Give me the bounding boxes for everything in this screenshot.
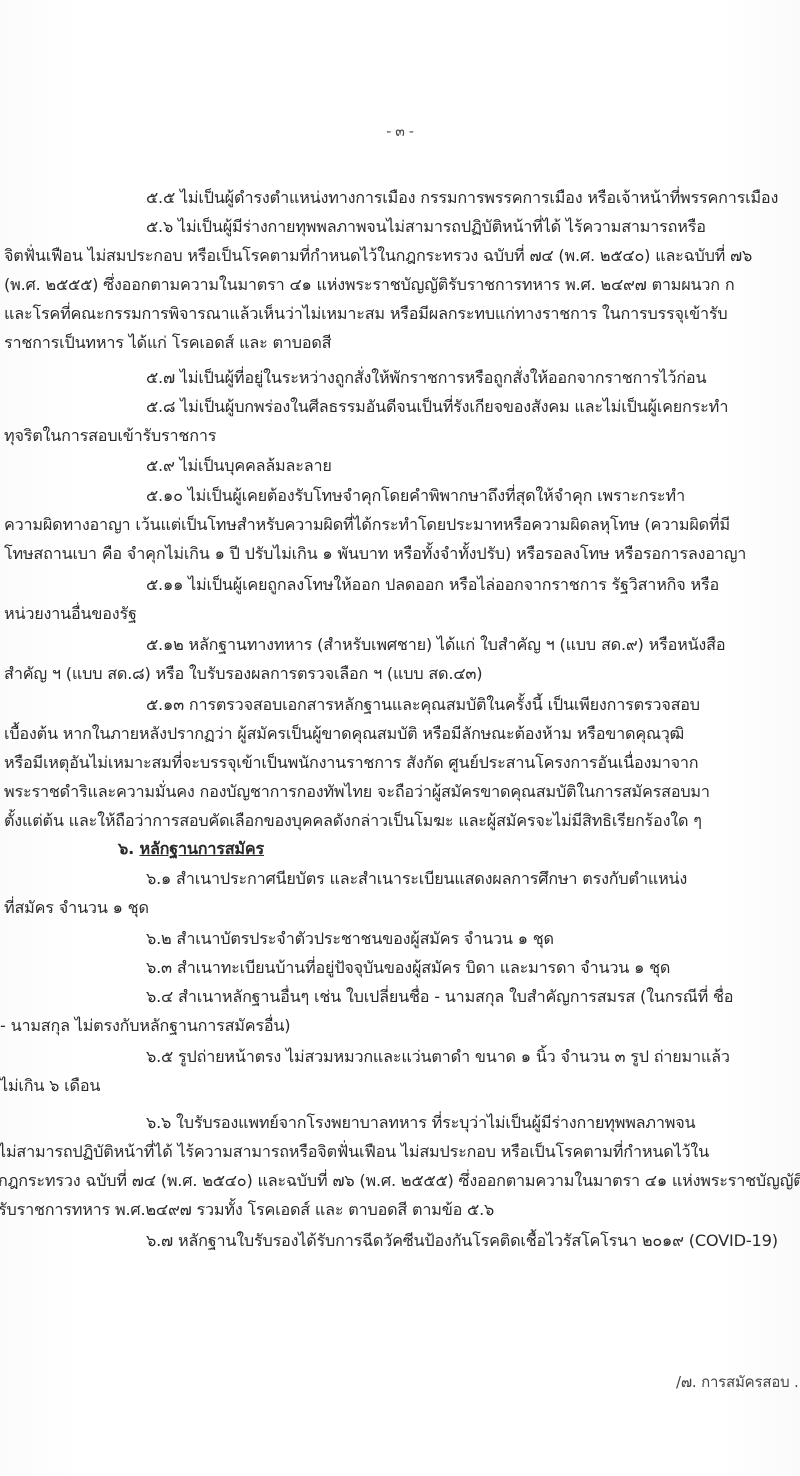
- item-6-3: ๖.๓ สำเนาทะเบียนบ้านที่อยู่ปัจจุบันของผู…: [146, 957, 670, 981]
- item-5-11-cont: หน่วยงานอื่นของรัฐ: [4, 603, 137, 627]
- document-page: - ๓ - ๕.๕ ไม่เป็นผู้ดำรงตำแหน่งทางการเมื…: [0, 0, 800, 1476]
- item-6-6: ๖.๖ ใบรับรองแพทย์จากโรงพยาบาลทหาร ที่ระบ…: [146, 1112, 695, 1136]
- item-5-8-cont: ทุจริตในการสอบเข้ารับราชการ: [4, 425, 216, 449]
- page-number: - ๓ -: [0, 121, 800, 143]
- item-6-5: ๖.๕ รูปถ่ายหน้าตรง ไม่สวมหมวกและแว่นตาดำ…: [146, 1046, 730, 1070]
- item-5-13-cont: หรือมีเหตุอันไม่เหมาะสมที่จะบรรจุเข้าเป็…: [4, 752, 698, 776]
- item-5-13: ๕.๑๓ การตรวจสอบเอกสารหลักฐานและคุณสมบัติ…: [146, 694, 700, 718]
- item-6-4: ๖.๔ สำเนาหลักฐานอื่นๆ เช่น ใบเปลี่ยนชื่อ…: [146, 986, 733, 1010]
- section-6-number: ๖.: [118, 839, 134, 858]
- next-page-hint: /๗. การสมัครสอบ ...: [676, 1370, 800, 1394]
- item-5-12: ๕.๑๒ หลักฐานทางทหาร (สำหรับเพศชาย) ได้แก…: [146, 634, 725, 658]
- item-6-6-cont: กฎกระทรวง ฉบับที่ ๗๔ (พ.ศ. ๒๕๔๐) และฉบับ…: [0, 1170, 800, 1194]
- item-6-6-cont: รับราชการทหาร พ.ศ.๒๔๙๗ รวมทั้ง โรคเอดส์ …: [0, 1199, 494, 1223]
- item-5-6-cont: ราชการเป็นทหาร ได้แก่ โรคเอดส์ และ ตาบอด…: [4, 332, 331, 356]
- item-6-5-cont: ไม่เกิน ๖ เดือน: [0, 1075, 100, 1099]
- item-6-1: ๖.๑ สำเนาประกาศนียบัตร และสำเนาระเบียนแส…: [146, 868, 687, 892]
- item-5-13-cont: เบื้องต้น หากในภายหลังปรากฏว่า ผู้สมัครเ…: [4, 723, 684, 747]
- item-5-10: ๕.๑๐ ไม่เป็นผู้เคยต้องรับโทษจำคุกโดยคำพิ…: [146, 485, 685, 509]
- item-5-6-cont: (พ.ศ. ๒๕๕๕) ซึ่งออกตามความในมาตรา ๔๑ แห่…: [4, 274, 734, 298]
- item-6-7: ๖.๗ หลักฐานใบรับรองได้รับการฉีดวัคซีนป้อ…: [146, 1230, 778, 1254]
- item-5-9: ๕.๙ ไม่เป็นบุคคลล้มละลาย: [146, 455, 332, 479]
- item-5-7: ๕.๗ ไม่เป็นผู้ที่อยู่ในระหว่างถูกสั่งให้…: [146, 367, 706, 391]
- item-5-6-cont: และโรคที่คณะกรรมการพิจารณาแล้วเห็นว่าไม่…: [4, 303, 728, 327]
- item-6-6-cont: ไม่สามารถปฏิบัติหน้าที่ได้ ไร้ความสามารถ…: [0, 1141, 709, 1165]
- item-5-6-cont: จิตฟั่นเฟือน ไม่สมประกอบ หรือเป็นโรคตามท…: [4, 245, 752, 269]
- item-6-4-cont: - นามสกุล ไม่ตรงกับหลักฐานการสมัครอื่น): [0, 1015, 290, 1039]
- item-5-13-cont: พระราชดำริและความมั่นคง กองบัญชาการกองทั…: [4, 781, 710, 805]
- item-5-6: ๕.๖ ไม่เป็นผู้มีร่างกายทุพพลภาพจนไม่สามา…: [146, 216, 706, 240]
- section-6-title: หลักฐานการสมัคร: [139, 839, 264, 858]
- item-5-11: ๕.๑๑ ไม่เป็นผู้เคยถูกลงโทษให้ออก ปลดออก …: [146, 574, 719, 598]
- item-6-1-cont: ที่สมัคร จำนวน ๑ ชุด: [4, 897, 149, 921]
- item-6-2: ๖.๒ สำเนาบัตรประจำตัวประชาชนของผู้สมัคร …: [146, 928, 554, 952]
- item-5-13-cont: ตั้งแต่ต้น และให้ถือว่าการสอบคัดเลือกของ…: [4, 810, 702, 834]
- item-5-8: ๕.๘ ไม่เป็นผู้บกพร่องในศีลธรรมอันดีจนเป็…: [146, 396, 728, 420]
- item-5-12-cont: สำคัญ ฯ (แบบ สด.๘) หรือ ใบรับรองผลการตรว…: [4, 663, 482, 687]
- section-6-heading: ๖. หลักฐานการสมัคร: [118, 838, 264, 862]
- item-5-5: ๕.๕ ไม่เป็นผู้ดำรงตำแหน่งทางการเมือง กรร…: [146, 187, 778, 211]
- item-5-10-cont: โทษสถานเบา คือ จำคุกไม่เกิน ๑ ปี ปรับไม่…: [4, 543, 746, 567]
- item-5-10-cont: ความผิดทางอาญา เว้นแต่เป็นโทษสำหรับความผ…: [4, 514, 730, 538]
